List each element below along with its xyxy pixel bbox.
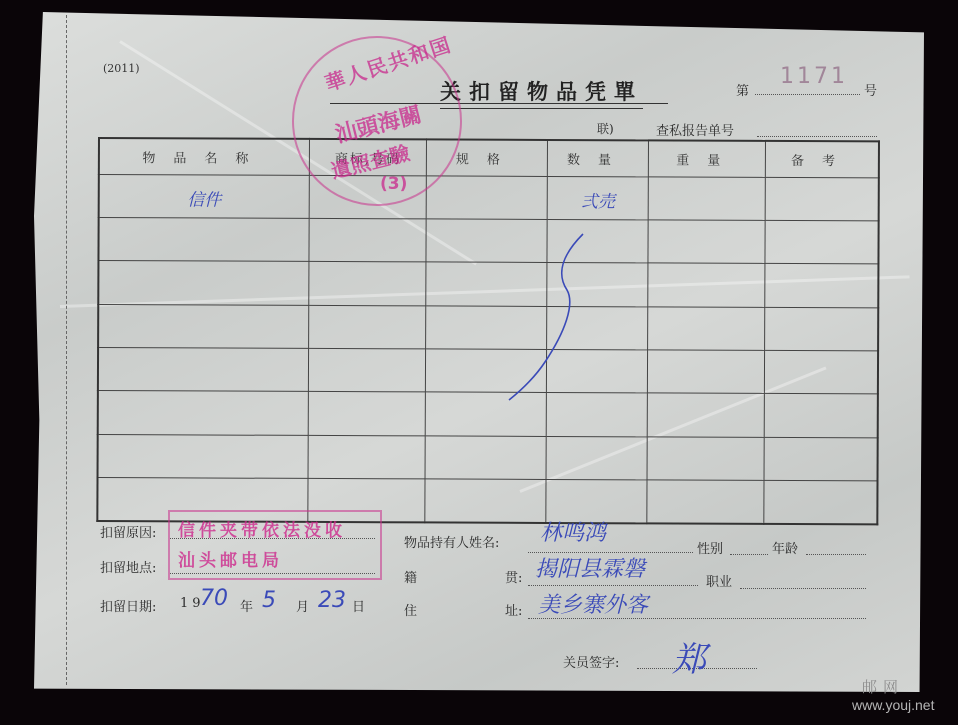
holder-name-value[interactable]: 林鸣鸿 (540, 516, 606, 547)
copy-label: 联) (597, 120, 614, 137)
cell-item-name[interactable]: 信件 (99, 174, 310, 218)
cell-weight[interactable] (647, 437, 764, 481)
serial-suffix: 号 (864, 80, 877, 99)
col-header-quantity: 数量 (547, 140, 649, 176)
cell-brand-number[interactable] (309, 262, 426, 306)
serial-number: 1171 (780, 64, 848, 89)
cell-weight[interactable] (648, 393, 765, 437)
handwritten-strike-line (505, 232, 595, 402)
cell-weight[interactable] (648, 307, 765, 351)
table-row (98, 217, 878, 264)
form-code: (2011) (103, 62, 140, 75)
origin-field[interactable] (528, 585, 698, 586)
date-year-unit: 年 (240, 596, 253, 615)
cell-brand-number[interactable] (309, 218, 426, 262)
cell-weight[interactable] (649, 176, 766, 220)
cell-remarks[interactable] (765, 350, 878, 394)
reason-label: 扣留原因: (100, 522, 156, 541)
cell-remarks[interactable] (765, 264, 878, 308)
date-month-unit: 月 (296, 596, 309, 615)
cell-weight[interactable] (648, 350, 765, 394)
age-label: 年龄 (772, 538, 798, 557)
serial-label: 第 (736, 80, 749, 99)
cell-quantity[interactable] (546, 436, 648, 480)
report-number-label: 查私报告单号 (656, 120, 734, 139)
document-title: 关扣留物品凭單 (440, 76, 643, 109)
serial-field[interactable] (755, 94, 860, 95)
gender-label: 性别 (697, 538, 723, 557)
cell-remarks[interactable] (765, 394, 878, 438)
age-field[interactable] (806, 554, 866, 555)
table-row (98, 348, 878, 395)
officer-signature-value: 郑 (672, 632, 706, 681)
site-watermark-logo: 邮网 (862, 676, 904, 697)
address-field[interactable] (528, 618, 866, 619)
origin-value[interactable]: 揭阳县霖磐 (535, 552, 645, 583)
cell-remarks[interactable] (764, 437, 877, 481)
table-row (98, 261, 878, 308)
cell-brand-number[interactable] (309, 305, 426, 349)
cell-spec[interactable] (425, 436, 546, 480)
holder-name-label: 物品持有人姓名: (404, 532, 499, 551)
col-header-weight: 重量 (649, 140, 766, 177)
date-label: 扣留日期: (100, 596, 156, 615)
perforation-line (66, 15, 67, 685)
items-table: 物品名称 商标,号码 规格 数量 重量 备考 信件 弍売 (96, 137, 880, 525)
place-label: 扣留地点: (100, 557, 156, 576)
cell-weight[interactable] (648, 263, 765, 307)
cell-remarks[interactable] (765, 307, 878, 351)
detention-rect-stamp: 信件夹带依法没收 汕头邮电局 (168, 510, 382, 580)
col-header-item-name: 物品名称 (99, 138, 310, 175)
cell-remarks[interactable] (764, 481, 877, 525)
date-day-unit: 日 (352, 596, 365, 615)
table-row (98, 434, 878, 481)
handwritten-item-name: 信件 (100, 185, 309, 211)
site-watermark-url: www.youj.net (852, 697, 934, 713)
origin-label-2: 贯: (505, 567, 522, 586)
cell-item-name[interactable] (98, 434, 309, 478)
cell-item-name[interactable] (98, 391, 309, 435)
origin-label-1: 籍 (404, 567, 417, 586)
date-year-handwritten[interactable]: 70 (200, 586, 228, 611)
report-number-field[interactable] (757, 136, 877, 137)
reason-value: 信件夹带依法没收 (178, 516, 372, 546)
gender-field[interactable] (730, 554, 768, 555)
occupation-label: 职业 (706, 571, 732, 590)
cell-brand-number[interactable] (308, 392, 425, 436)
table-header-row: 物品名称 商标,号码 规格 数量 重量 备考 (99, 138, 879, 177)
customs-round-stamp: 華人民共和国 汕頭海關 遺照查驗 (3) (292, 36, 462, 206)
table-row (98, 391, 878, 438)
address-value[interactable]: 美乡寨外客 (538, 588, 648, 619)
cell-weight[interactable] (647, 480, 764, 524)
table-row: 信件 弍売 (99, 174, 879, 221)
address-label-2: 址: (505, 600, 522, 619)
occupation-field[interactable] (740, 588, 866, 589)
cell-item-name[interactable] (98, 304, 309, 348)
cell-remarks[interactable] (765, 220, 878, 264)
cell-spec[interactable] (426, 175, 547, 219)
date-month-handwritten[interactable]: 5 (262, 588, 276, 613)
address-label-1: 住 (404, 600, 417, 619)
cell-remarks[interactable] (766, 177, 879, 221)
cell-item-name[interactable] (98, 217, 309, 261)
cell-quantity[interactable]: 弍売 (547, 176, 649, 220)
cell-item-name[interactable] (98, 348, 309, 392)
date-day-handwritten[interactable]: 23 (318, 588, 346, 613)
place-value: 汕头邮电局 (178, 546, 372, 576)
cell-weight[interactable] (648, 220, 765, 264)
handwritten-quantity: 弍売 (548, 186, 648, 211)
officer-signature-label: 关员签字: (563, 652, 619, 671)
cell-spec[interactable] (425, 479, 546, 523)
table-row (98, 304, 878, 351)
cell-brand-number[interactable] (308, 348, 425, 392)
col-header-remarks: 备考 (766, 141, 879, 177)
cell-brand-number[interactable] (308, 435, 425, 479)
cell-item-name[interactable] (98, 261, 309, 305)
